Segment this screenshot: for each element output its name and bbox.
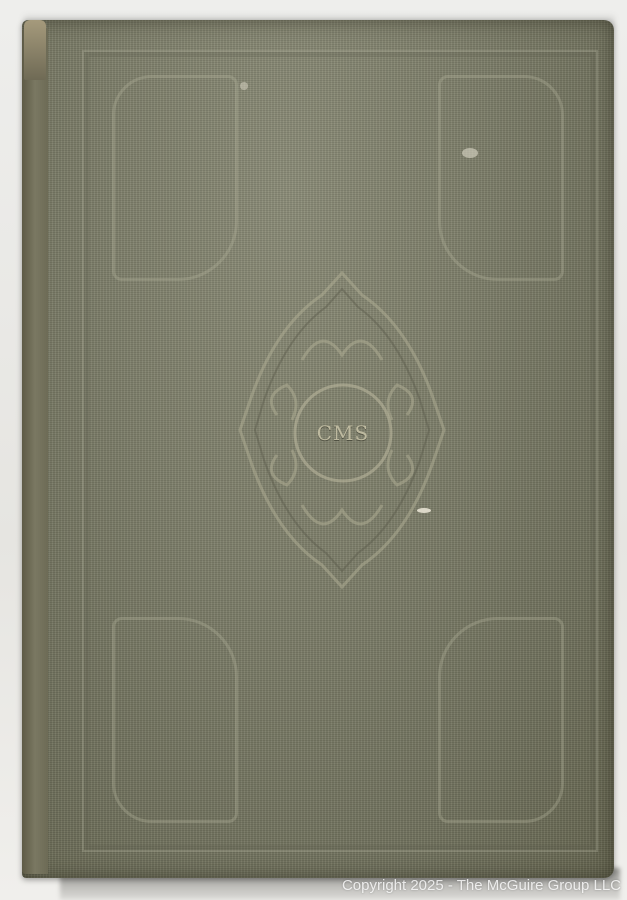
embossed-corner-ornament-bottom-left	[112, 617, 238, 823]
book-cover: CMS	[22, 20, 614, 878]
cover-damage-speck	[240, 82, 248, 90]
embossed-corner-ornament-top-left	[112, 75, 238, 281]
embossed-corner-ornament-top-right	[438, 75, 564, 281]
embossed-center-medallion: CMS	[232, 265, 452, 595]
medallion-monogram: CMS	[308, 398, 378, 468]
worn-spine-top	[24, 20, 46, 80]
cover-damage-speck	[462, 148, 478, 158]
copyright-watermark: Copyright 2025 - The McGuire Group LLC	[342, 877, 621, 894]
embossed-corner-ornament-bottom-right	[438, 617, 564, 823]
book-spine-edge	[22, 28, 48, 874]
cover-damage-speck	[417, 508, 431, 513]
